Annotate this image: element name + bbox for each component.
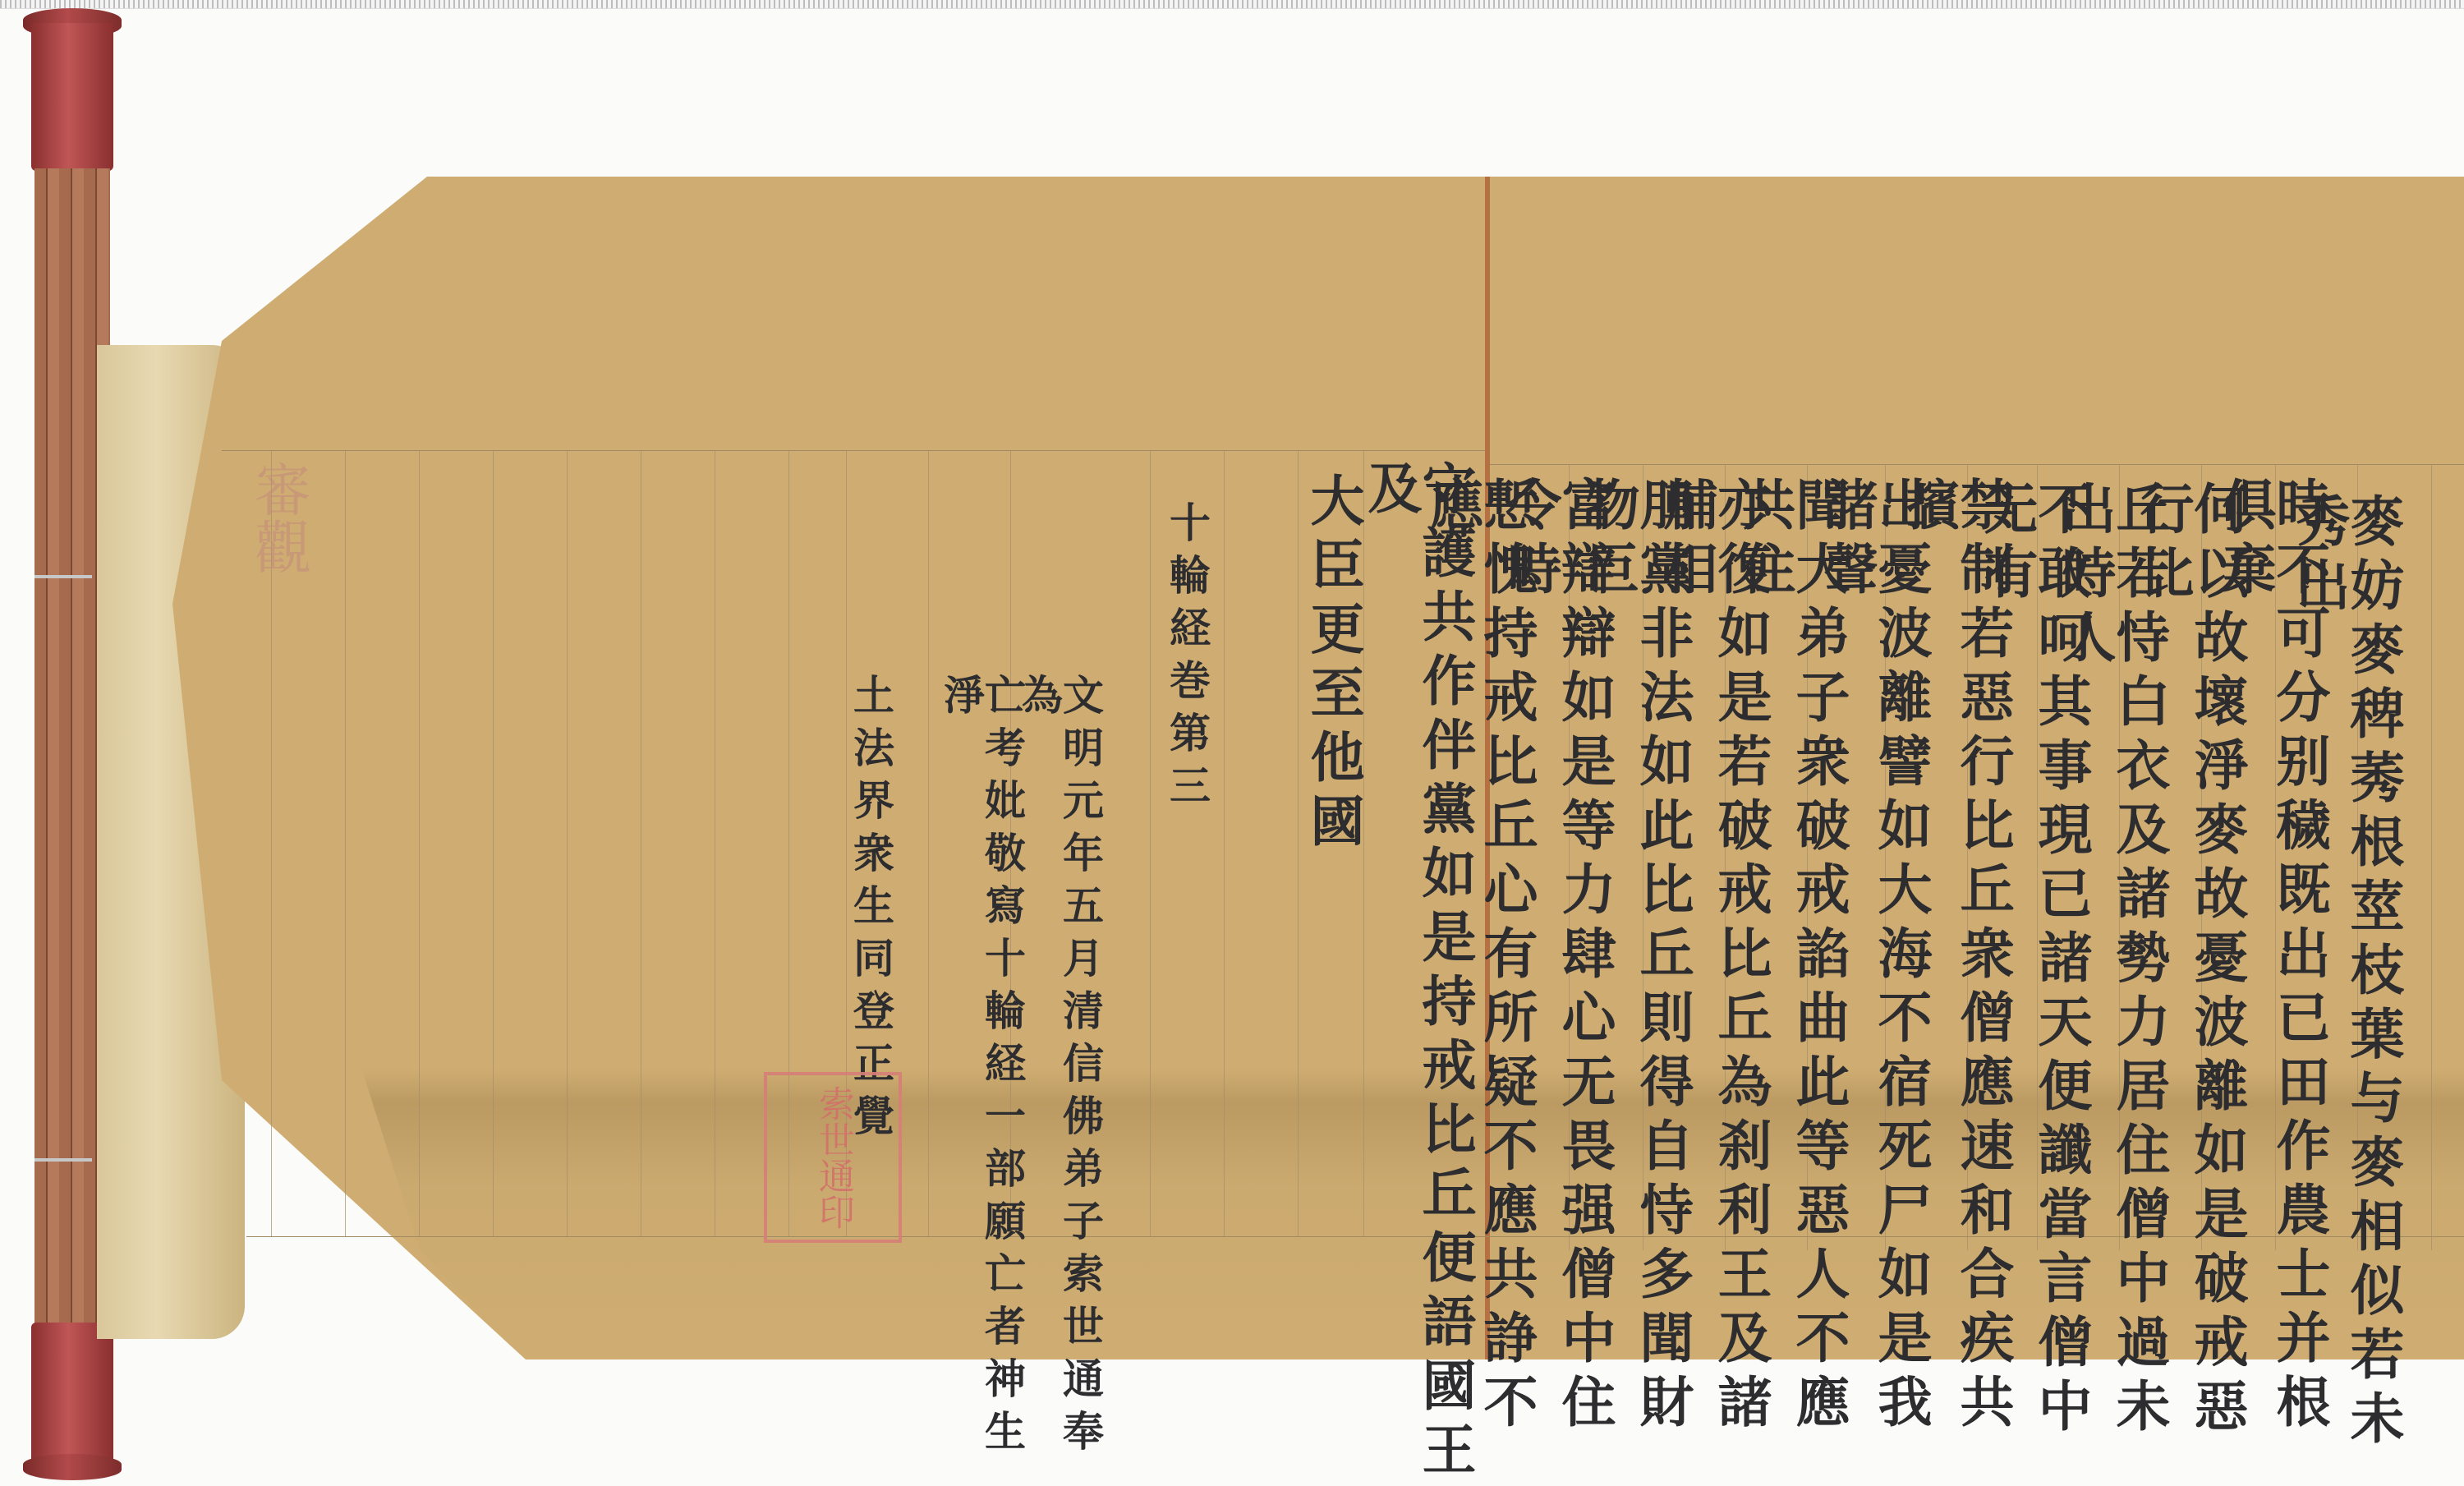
column-rule: [493, 450, 494, 1236]
measurement-ruler: [0, 0, 2464, 9]
sutra-column: 大臣更至他國: [1306, 472, 1360, 857]
mounting-pin: [34, 575, 92, 578]
column-rule: [1298, 450, 1299, 1236]
colophon-line: 文明元年五月清信佛弟子索世通奉為: [1018, 674, 1101, 1486]
sutra-title: 十輪経巻第三: [1166, 501, 1207, 817]
column-rule: [419, 450, 420, 1236]
column-rule: [567, 450, 568, 1236]
column-rule: [715, 450, 715, 1236]
roller-knob-top: [31, 23, 113, 171]
column-rule: [345, 450, 346, 1236]
sutra-column: 守護共作伴黨如是持戒比丘便語國王及: [1363, 460, 1472, 1486]
column-rule: [1224, 450, 1225, 1236]
ruled-border-top: [222, 450, 1485, 451]
column-rule: [2431, 464, 2432, 1250]
column-rule: [1150, 450, 1151, 1236]
faint-collector-seal: 審觀: [271, 460, 320, 624]
column-rule: [641, 450, 641, 1236]
roller-cap-bottom: [23, 1454, 122, 1480]
colophon-line: 亡考妣敬寫十輪経一部願亡者神生淨: [940, 674, 1023, 1486]
roller-knob-bottom: [31, 1323, 113, 1470]
column-rule: [928, 450, 929, 1236]
red-seal: 索世通印: [764, 1072, 902, 1243]
ruled-border-top: [1490, 464, 2464, 465]
mounting-pin: [34, 1158, 92, 1162]
